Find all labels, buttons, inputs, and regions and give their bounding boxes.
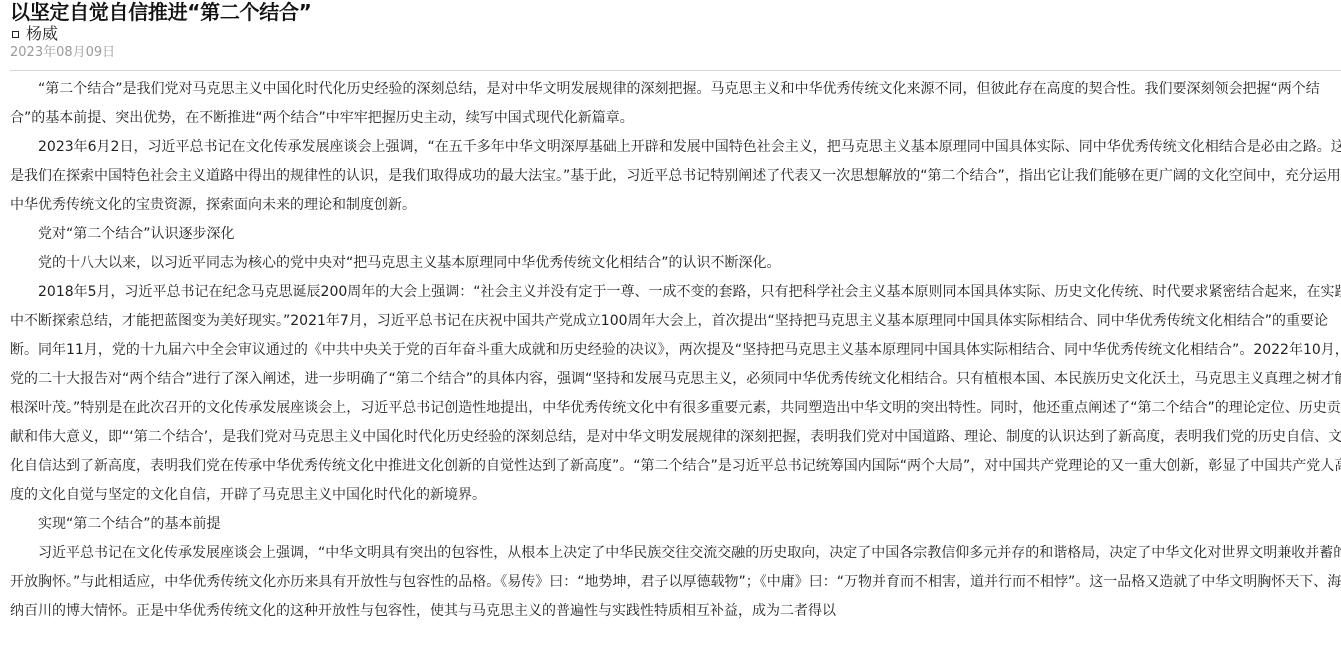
article-author: 杨威 (10, 24, 1341, 44)
article-title: 以坚定自觉自信推进“第二个结合” (10, 0, 1341, 24)
header-divider (10, 70, 1341, 71)
section-subheading: 实现“第二个结合”的基本前提 (10, 510, 1341, 539)
section-subheading: 党对“第二个结合”认识逐步深化 (10, 220, 1341, 249)
author-name: 杨威 (26, 24, 58, 44)
article: 以坚定自觉自信推进“第二个结合” 杨威 2023年08月09日 “第二个结合”是… (0, 0, 1341, 62)
article-body: “第二个结合”是我们党对马克思主义中国化时代化历史经验的深刻总结，是对中华文明发… (10, 75, 1341, 626)
paragraph: 2023年6月2日，习近平总书记在文化传承发展座谈会上强调，“在五千多年中华文明… (10, 133, 1341, 220)
author-square-icon (12, 31, 19, 38)
publish-date: 2023年08月09日 (10, 44, 1341, 62)
paragraph: 习近平总书记在文化传承发展座谈会上强调，“中华文明具有突出的包容性，从根本上决定… (10, 539, 1341, 626)
paragraph: “第二个结合”是我们党对马克思主义中国化时代化历史经验的深刻总结，是对中华文明发… (10, 75, 1341, 133)
paragraph: 党的十八大以来，以习近平同志为核心的党中央对“把马克思主义基本原理同中华优秀传统… (10, 249, 1341, 278)
paragraph: 2018年5月，习近平总书记在纪念马克思诞辰200周年的大会上强调：“社会主义并… (10, 278, 1341, 510)
